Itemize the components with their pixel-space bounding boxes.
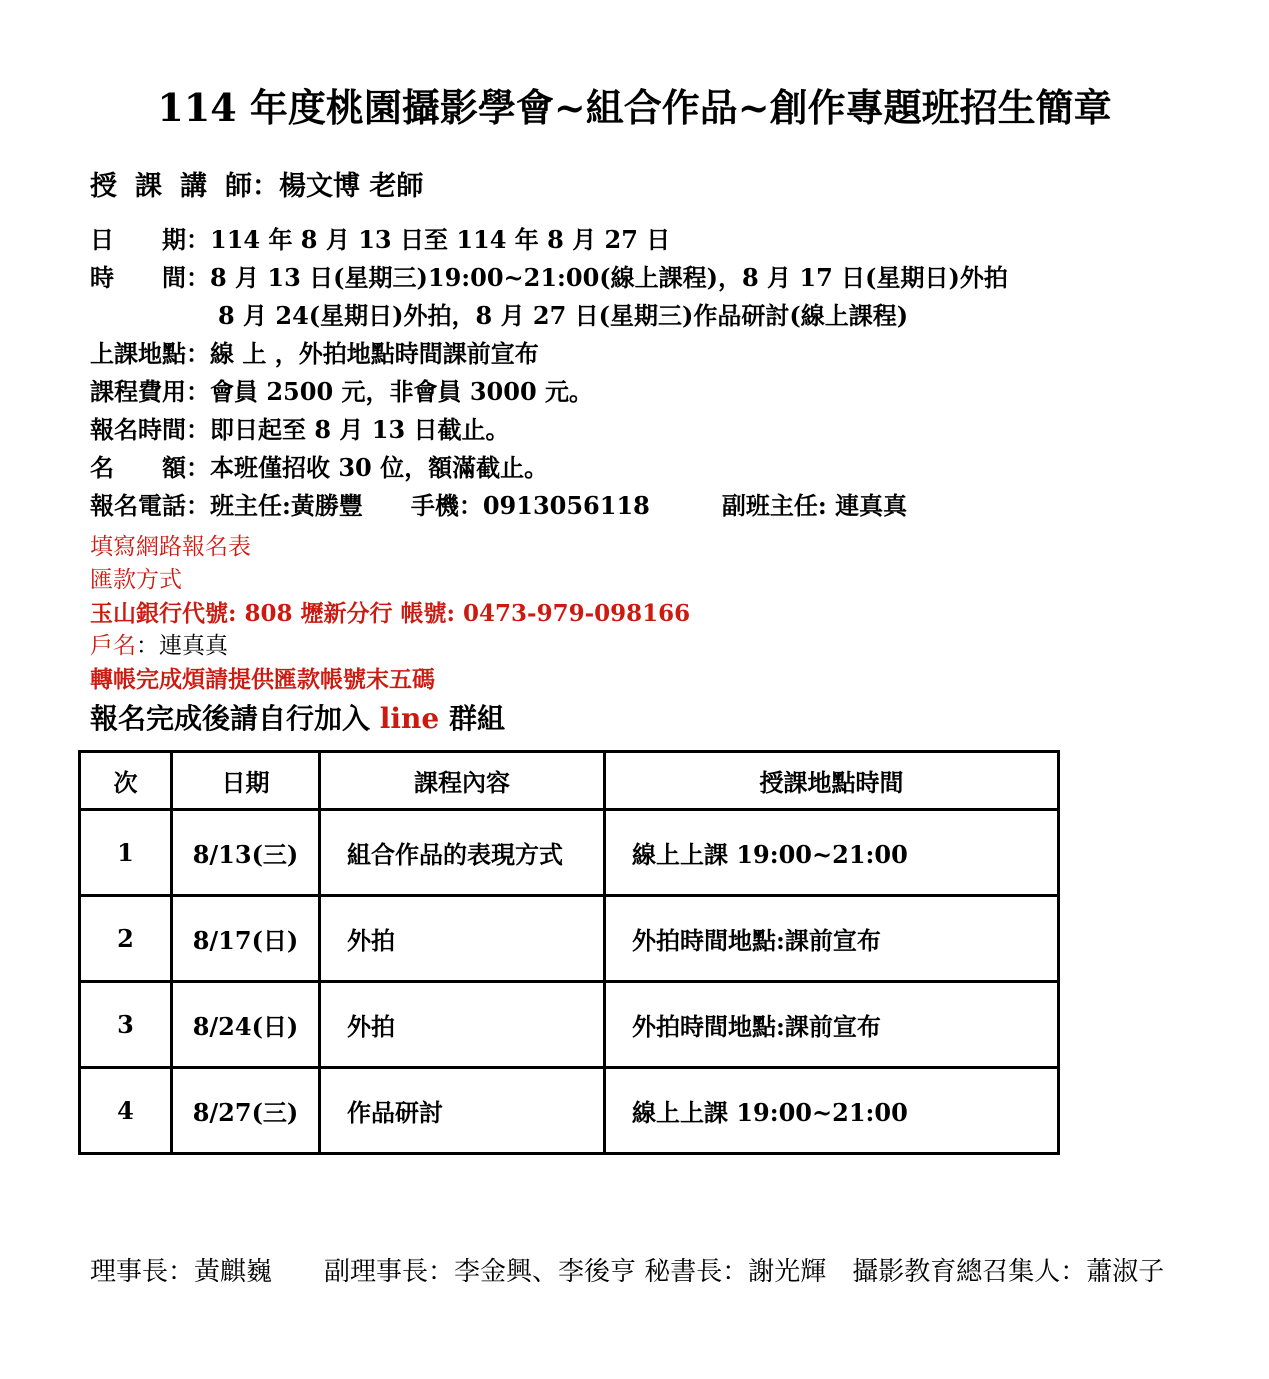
table-header-date: 日期 <box>172 751 320 809</box>
line-app-name: line <box>380 702 439 735</box>
table-header-session: 次 <box>80 751 172 809</box>
table-cell-location-time: 外拍時間地點:課前宣布 <box>605 981 1059 1067</box>
table-cell-date: 8/24(日) <box>172 981 320 1067</box>
join-line-group-line: 報名完成後請自行加入 line 群組 <box>90 700 1269 738</box>
colon: ： <box>186 415 210 444</box>
info-line-quota: 名額：本班僅招收 30 位，額滿截止。 <box>90 449 1269 487</box>
location-label: 上課地點 <box>90 335 186 373</box>
instructor-line: 授課講師：楊文博 老師 <box>90 164 1269 203</box>
fee-value: 會員 2500 元，非會員 3000 元。 <box>210 377 593 406</box>
phone-value: 班主任:黃勝豐 手機：0913056118 副班主任: 連真真 <box>210 491 907 520</box>
table-cell-content: 外拍 <box>320 981 605 1067</box>
table-row: 1 8/13(三) 組合作品的表現方式 線上上課 19:00~21:00 <box>80 809 1059 895</box>
account-name-label: 戶名 <box>90 633 136 659</box>
instructor-label: 授課講師 <box>90 164 252 203</box>
colon: ： <box>186 377 210 406</box>
location-value: 線 上 ，外拍地點時間課前宣布 <box>210 339 539 368</box>
info-line-date: 日期：114 年 8 月 13 日至 114 年 8 月 27 日 <box>90 221 1269 259</box>
page-title: 114 年度桃園攝影學會~組合作品~創作專題班招生簡章 <box>0 86 1269 130</box>
table-row: 3 8/24(日) 外拍 外拍時間地點:課前宣布 <box>80 981 1059 1067</box>
colon: ： <box>186 339 210 368</box>
course-schedule-table: 次 日期 課程內容 授課地點時間 1 8/13(三) 組合作品的表現方式 線上上… <box>78 750 1060 1155</box>
table-cell-content: 組合作品的表現方式 <box>320 809 605 895</box>
account-name-line: 戶名：連真真 <box>90 630 1269 663</box>
table-cell-location-time: 外拍時間地點:課前宣布 <box>605 895 1059 981</box>
table-header-location-time: 授課地點時間 <box>605 751 1059 809</box>
table-cell-content: 作品研討 <box>320 1067 605 1153</box>
table-cell-date: 8/27(三) <box>172 1067 320 1153</box>
colon: ： <box>186 225 210 254</box>
colon: ： <box>186 491 210 520</box>
table-cell-session: 2 <box>80 895 172 981</box>
table-cell-date: 8/13(三) <box>172 809 320 895</box>
phone-label: 報名電話 <box>90 487 186 525</box>
bank-account-line: 玉山銀行代號: 808 壢新分行 帳號: 0473-979-098166 <box>90 597 1269 630</box>
join-line-prefix: 報名完成後請自行加入 <box>90 702 380 735</box>
info-line-time-continued: 8 月 24(星期日)外拍，8 月 27 日(星期三)作品研討(線上課程) <box>90 297 1269 335</box>
date-label: 日期 <box>90 221 186 259</box>
deadline-label: 報名時間 <box>90 411 186 449</box>
quota-label: 名額 <box>90 449 186 487</box>
quota-value: 本班僅招收 30 位，額滿截止。 <box>210 453 548 482</box>
remit-method-line: 匯款方式 <box>90 564 1269 597</box>
time-value: 8 月 13 日(星期三)19:00~21:00(線上課程)，8 月 17 日(… <box>210 263 1008 292</box>
deadline-value: 即日起至 8 月 13 日截止。 <box>210 415 510 444</box>
info-line-time: 時間：8 月 13 日(星期三)19:00~21:00(線上課程)，8 月 17… <box>90 259 1269 297</box>
colon: ： <box>186 453 210 482</box>
transfer-note-line: 轉帳完成煩請提供匯款帳號末五碼 <box>90 663 1269 696</box>
join-line-suffix: 群組 <box>439 702 505 735</box>
officials-line: 理事長：黃麒巍 副理事長：李金興、李後亨 秘書長：謝光輝 攝影教育總召集人：蕭淑… <box>90 1251 1269 1288</box>
fee-label: 課程費用 <box>90 373 186 411</box>
instructor-colon: ： <box>252 171 279 202</box>
table-row: 2 8/17(日) 外拍 外拍時間地點:課前宣布 <box>80 895 1059 981</box>
time-label: 時間 <box>90 259 186 297</box>
table-header-row: 次 日期 課程內容 授課地點時間 <box>80 751 1059 809</box>
info-line-deadline: 報名時間：即日起至 8 月 13 日截止。 <box>90 411 1269 449</box>
table-cell-session: 4 <box>80 1067 172 1153</box>
table-cell-session: 3 <box>80 981 172 1067</box>
instructor-value: 楊文博 老師 <box>279 171 423 202</box>
table-cell-date: 8/17(日) <box>172 895 320 981</box>
table-cell-session: 1 <box>80 809 172 895</box>
remittance-block: 填寫網路報名表 匯款方式 玉山銀行代號: 808 壢新分行 帳號: 0473-9… <box>90 531 1269 696</box>
colon: ： <box>186 263 210 292</box>
table-row: 4 8/27(三) 作品研討 線上上課 19:00~21:00 <box>80 1067 1059 1153</box>
signup-form-line: 填寫網路報名表 <box>90 531 1269 564</box>
table-cell-location-time: 線上上課 19:00~21:00 <box>605 809 1059 895</box>
info-line-fee: 課程費用：會員 2500 元，非會員 3000 元。 <box>90 373 1269 411</box>
info-line-phone: 報名電話：班主任:黃勝豐 手機：0913056118 副班主任: 連真真 <box>90 487 1269 525</box>
info-line-location: 上課地點：線 上 ，外拍地點時間課前宣布 <box>90 335 1269 373</box>
account-name-value: ：連真真 <box>136 633 228 659</box>
table-cell-location-time: 線上上課 19:00~21:00 <box>605 1067 1059 1153</box>
date-value: 114 年 8 月 13 日至 114 年 8 月 27 日 <box>210 225 670 254</box>
course-info-block: 日期：114 年 8 月 13 日至 114 年 8 月 27 日 時間：8 月… <box>90 221 1269 525</box>
document-page: 114 年度桃園攝影學會~組合作品~創作專題班招生簡章 授課講師：楊文博 老師 … <box>0 0 1269 1379</box>
table-cell-content: 外拍 <box>320 895 605 981</box>
time-value-continued: 8 月 24(星期日)外拍，8 月 27 日(星期三)作品研討(線上課程) <box>218 301 908 330</box>
table-header-content: 課程內容 <box>320 751 605 809</box>
